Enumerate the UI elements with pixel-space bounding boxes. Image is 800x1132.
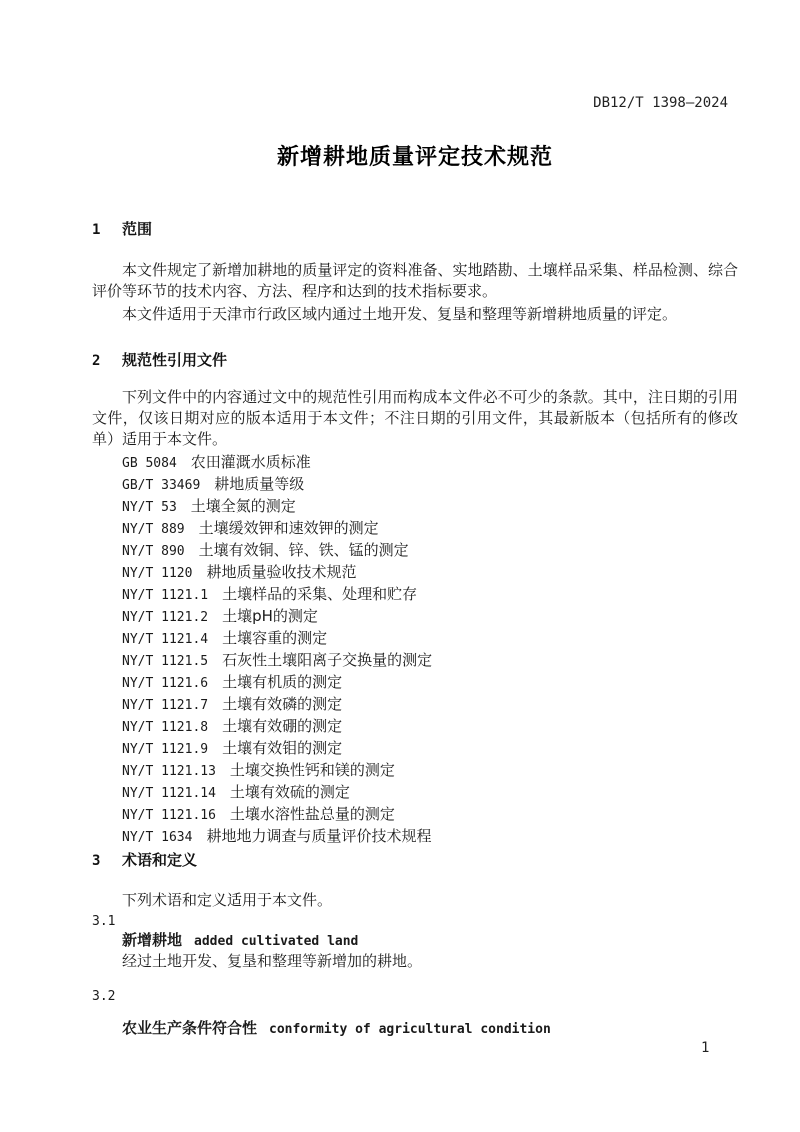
term-number: 3.2	[92, 986, 738, 1007]
scope-paragraph-2: 本文件适用于天津市行政区域内通过土地开发、复垦和整理等新增耕地质量的评定。	[92, 304, 738, 325]
reference-code: NY/T 1121.7	[122, 698, 208, 713]
term-item: 3.1 新增耕地added cultivated land 经过土地开发、复垦和…	[92, 911, 738, 972]
reference-code: GB/T 33469	[122, 478, 200, 493]
reference-title: 土壤交换性钙和镁的测定	[230, 761, 395, 779]
reference-code: NY/T 1121.1	[122, 588, 208, 603]
term-name-english: added cultivated land	[194, 934, 358, 949]
reference-item: NY/T 1121.2土壤pH的测定	[122, 606, 432, 628]
terms-intro-paragraph: 下列术语和定义适用于本文件。	[92, 890, 738, 911]
reference-item: NY/T 1121.7土壤有效磷的测定	[122, 694, 432, 716]
reference-title: 土壤有效钼的测定	[222, 739, 342, 757]
reference-item: NY/T 1121.13土壤交换性钙和镁的测定	[122, 760, 432, 782]
reference-title: 土壤有效硫的测定	[230, 783, 350, 801]
reference-title: 石灰性土壤阳离子交换量的测定	[222, 651, 432, 669]
reference-item: NY/T 53土壤全氮的测定	[122, 496, 432, 518]
reference-title: 土壤有机质的测定	[222, 673, 342, 691]
reference-title: 土壤水溶性盐总量的测定	[230, 805, 395, 823]
document-title: 新增耕地质量评定技术规范	[92, 144, 738, 172]
reference-item: NY/T 1121.5石灰性土壤阳离子交换量的测定	[122, 650, 432, 672]
reference-title: 耕地质量等级	[214, 475, 304, 493]
reference-item: NY/T 1634耕地地力调查与质量评价技术规程	[122, 826, 432, 848]
reference-code: NY/T 1121.6	[122, 676, 208, 691]
scope-paragraph-1: 本文件规定了新增加耕地的质量评定的资料准备、实地踏勘、土壤样品采集、样品检测、综…	[92, 260, 738, 302]
reference-code: NY/T 1121.5	[122, 654, 208, 669]
reference-code: NY/T 1634	[122, 830, 192, 845]
reference-code: NY/T 1121.9	[122, 742, 208, 757]
reference-title: 土壤有效铜、锌、铁、锰的测定	[199, 541, 409, 559]
section-3-title: 术语和定义	[122, 851, 197, 869]
reference-item: NY/T 1121.16土壤水溶性盐总量的测定	[122, 804, 432, 826]
term-definition: 经过土地开发、复垦和整理等新增加的耕地。	[92, 951, 738, 972]
reference-code: NY/T 1120	[122, 566, 192, 581]
section-2-number: 2	[92, 353, 122, 370]
section-1-title: 范围	[122, 220, 152, 238]
reference-title: 土壤有效磷的测定	[222, 695, 342, 713]
term-name-english: conformity of agricultural condition	[269, 1022, 551, 1037]
reference-code: NY/T 53	[122, 500, 177, 515]
reference-title: 土壤样品的采集、处理和贮存	[222, 585, 417, 603]
reference-title: 土壤有效硼的测定	[222, 717, 342, 735]
section-3-number: 3	[92, 853, 122, 870]
reference-code: GB 5084	[122, 456, 177, 471]
reference-item: NY/T 889土壤缓效钾和速效钾的测定	[122, 518, 432, 540]
reference-code: NY/T 890	[122, 544, 185, 559]
reference-code: NY/T 1121.13	[122, 764, 216, 779]
reference-code: NY/T 1121.4	[122, 632, 208, 647]
references-intro-paragraph: 下列文件中的内容通过文中的规范性引用而构成本文件必不可少的条款。其中，注日期的引…	[92, 387, 738, 450]
term-name-chinese: 新增耕地	[122, 931, 182, 949]
term-item: 3.2 农业生产条件符合性conformity of agricultural …	[92, 986, 738, 1040]
reference-code: NY/T 1121.16	[122, 808, 216, 823]
reference-item: NY/T 1121.9土壤有效钼的测定	[122, 738, 432, 760]
section-2-title: 规范性引用文件	[122, 351, 227, 369]
term-name-chinese: 农业生产条件符合性	[122, 1019, 257, 1037]
term-number: 3.1	[92, 911, 738, 932]
reference-item: NY/T 1121.6土壤有机质的测定	[122, 672, 432, 694]
reference-title: 农田灌溉水质标准	[191, 453, 311, 471]
reference-code: NY/T 1121.8	[122, 720, 208, 735]
reference-title: 土壤缓效钾和速效钾的测定	[199, 519, 379, 537]
reference-item: GB 5084农田灌溉水质标准	[122, 452, 432, 474]
reference-title: 耕地质量验收技术规范	[206, 563, 356, 581]
reference-code: NY/T 1121.2	[122, 610, 208, 625]
term-name-row: 农业生产条件符合性conformity of agricultural cond…	[92, 1018, 738, 1040]
reference-item: NY/T 890土壤有效铜、锌、铁、锰的测定	[122, 540, 432, 562]
terms-and-definitions-list: 3.1 新增耕地added cultivated land 经过土地开发、复垦和…	[92, 911, 738, 1040]
document-code: DB12/T 1398—2024	[593, 93, 728, 114]
reference-item: NY/T 1121.1土壤样品的采集、处理和贮存	[122, 584, 432, 606]
reference-item: NY/T 1121.14土壤有效硫的测定	[122, 782, 432, 804]
reference-title: 土壤全氮的测定	[191, 497, 296, 515]
reference-title: 土壤pH的测定	[222, 607, 318, 625]
page-number: 1	[701, 1038, 709, 1059]
reference-item: GB/T 33469耕地质量等级	[122, 474, 432, 496]
reference-title: 耕地地力调查与质量评价技术规程	[206, 827, 431, 845]
reference-code: NY/T 889	[122, 522, 185, 537]
reference-title: 土壤容重的测定	[222, 629, 327, 647]
reference-item: NY/T 1121.8土壤有效硼的测定	[122, 716, 432, 738]
reference-item: NY/T 1120耕地质量验收技术规范	[122, 562, 432, 584]
normative-references-list: GB 5084农田灌溉水质标准 GB/T 33469耕地质量等级 NY/T 53…	[122, 452, 432, 848]
section-2-heading: 2规范性引用文件	[92, 352, 227, 370]
reference-item: NY/T 1121.4土壤容重的测定	[122, 628, 432, 650]
section-3-heading: 3术语和定义	[92, 852, 197, 870]
term-name-row: 新增耕地added cultivated land	[92, 930, 738, 952]
reference-code: NY/T 1121.14	[122, 786, 216, 801]
section-1-number: 1	[92, 222, 122, 239]
document-page: DB12/T 1398—2024 新增耕地质量评定技术规范 1范围 本文件规定了…	[0, 0, 800, 1132]
section-1-heading: 1范围	[92, 221, 152, 239]
